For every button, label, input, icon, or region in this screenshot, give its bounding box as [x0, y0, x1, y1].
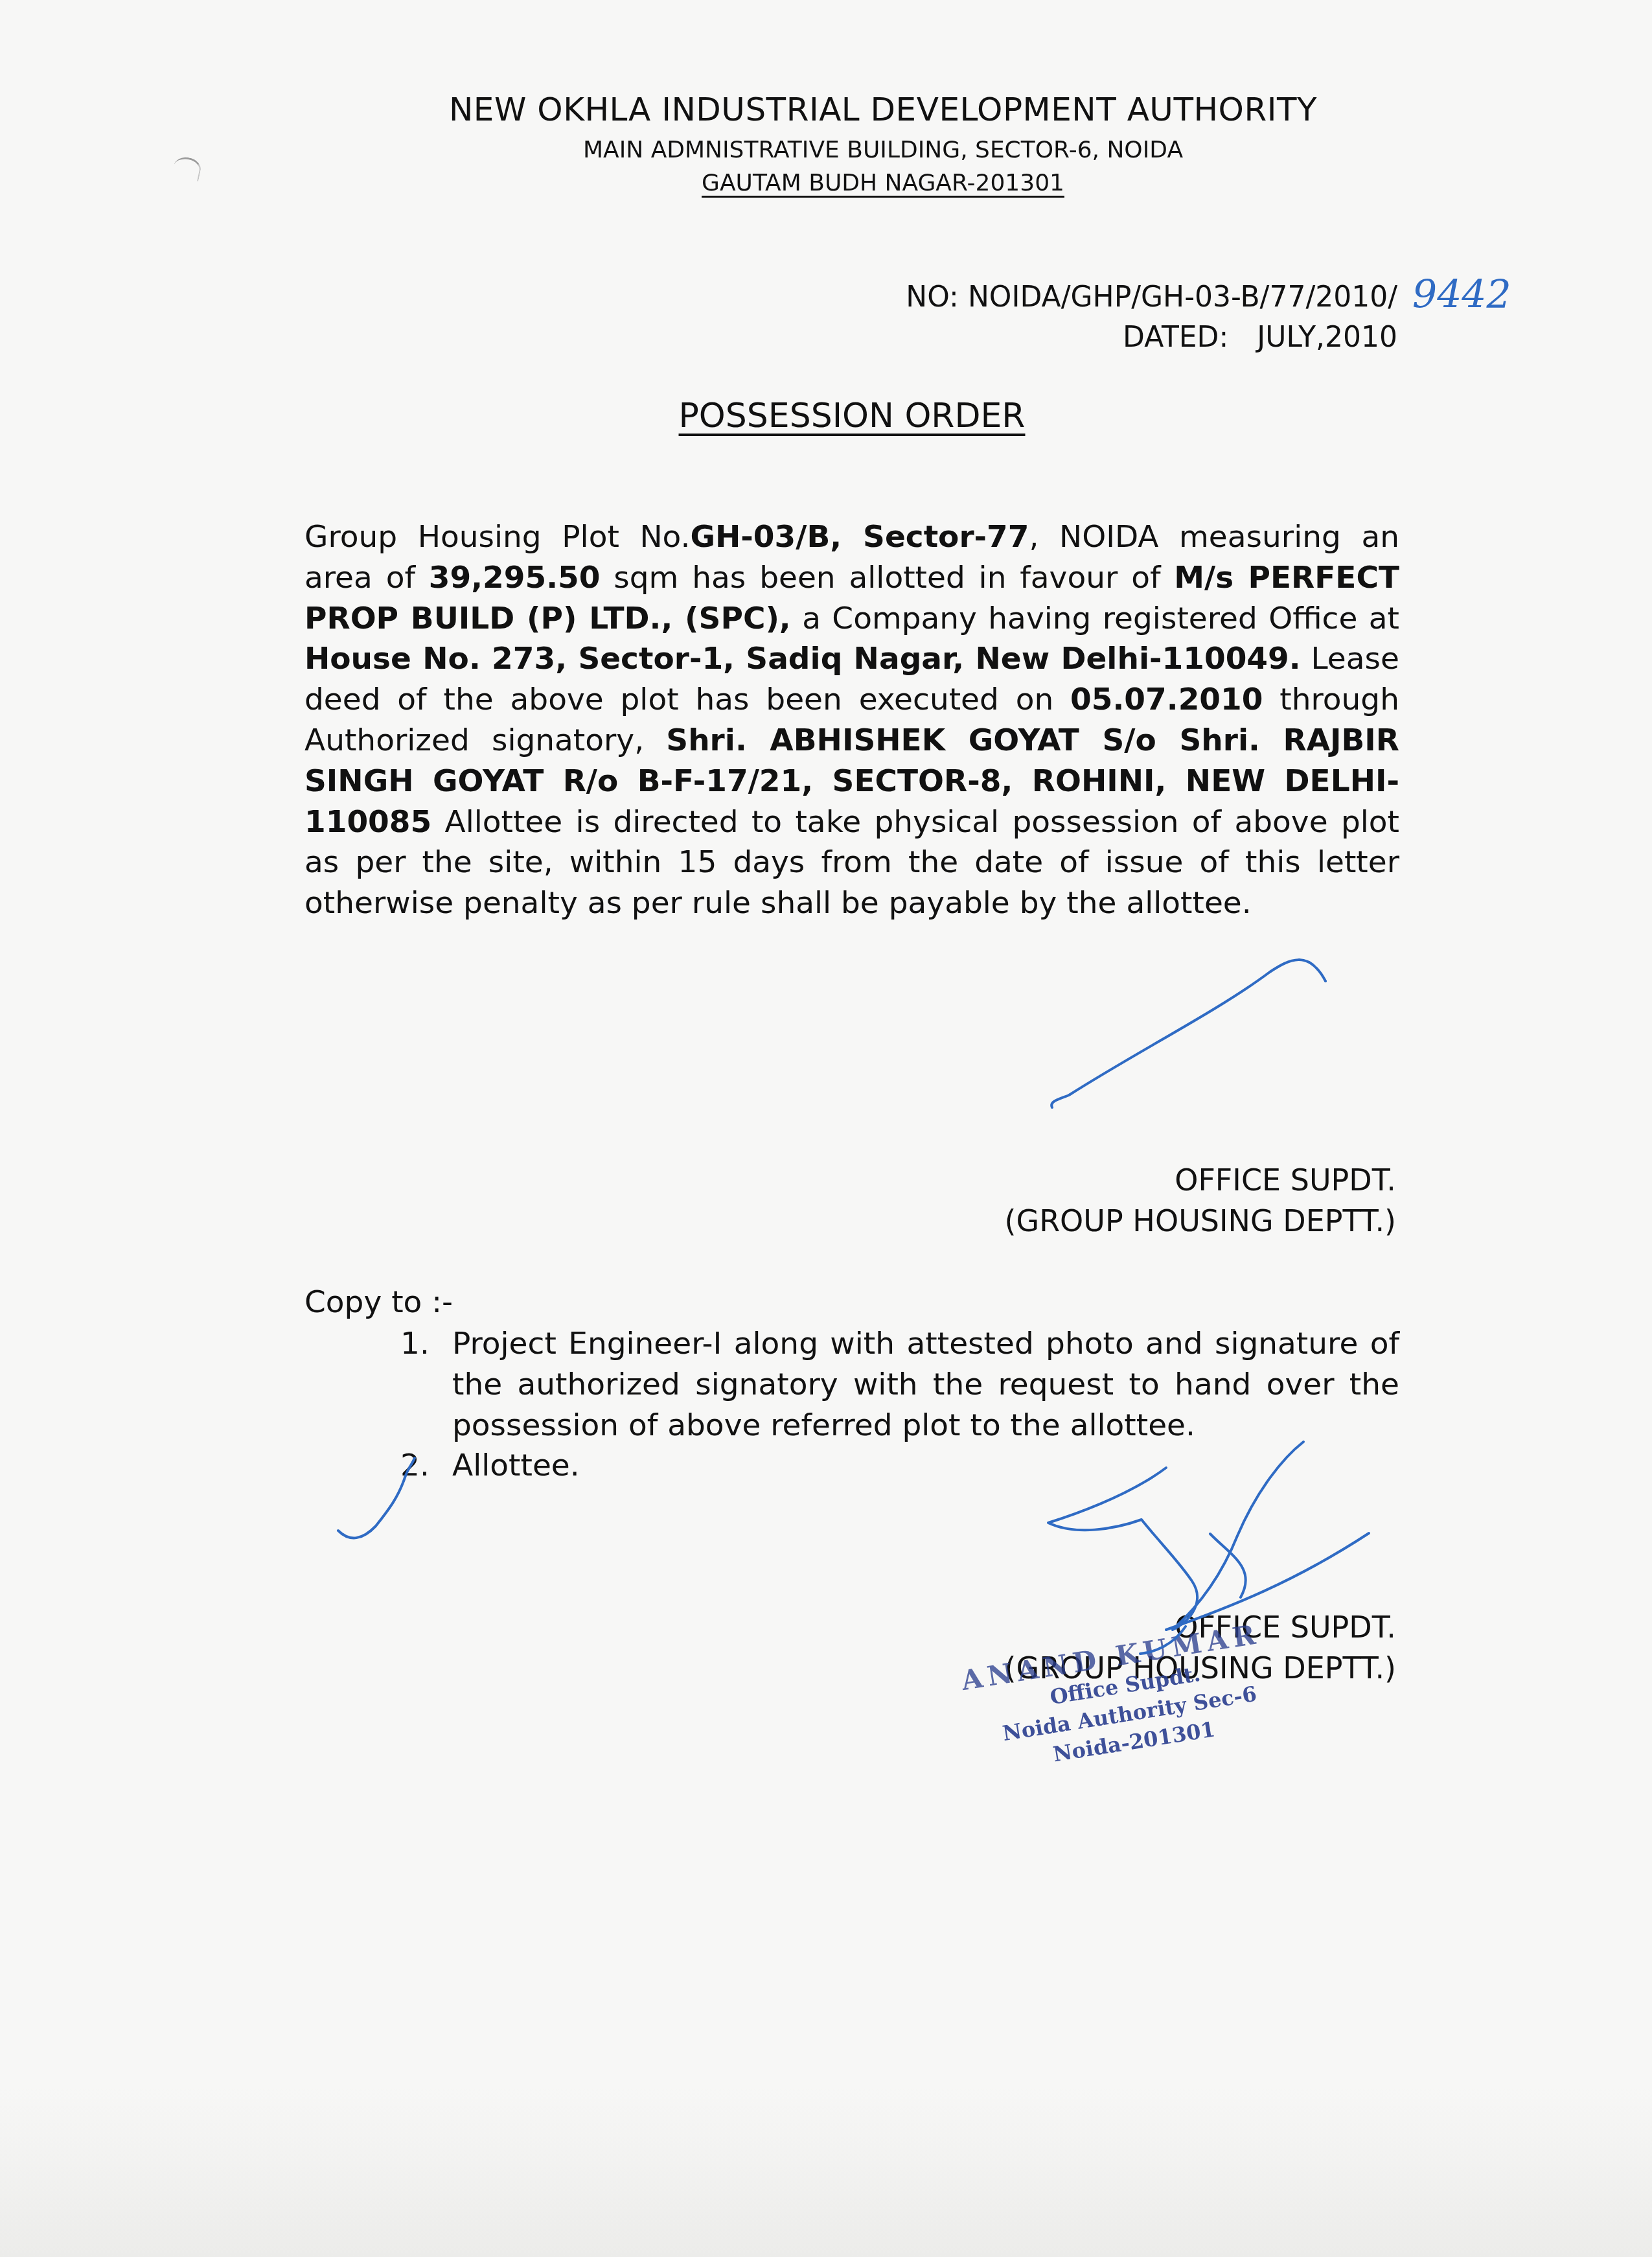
reference-date: DATED: JULY,2010	[1123, 321, 1397, 354]
organization-name: NEW OKHLA INDUSTRIAL DEVELOPMENT AUTHORI…	[57, 91, 1652, 128]
address-line-2-text: GAUTAM BUDH NAGAR-201301	[702, 170, 1064, 196]
document-title-text: POSSESSION ORDER	[679, 397, 1026, 435]
body-text: Group Housing Plot No.	[304, 519, 690, 555]
page-shadow	[0, 2089, 1652, 2257]
address-line-2: GAUTAM BUDH NAGAR-201301	[57, 170, 1652, 196]
copy-to-list: 1. Project Engineer-I along with atteste…	[400, 1324, 1399, 1487]
body-text: Allottee is directed to take physical po…	[304, 804, 1399, 921]
address-line-1: MAIN ADMNISTRATIVE BUILDING, SECTOR-6, N…	[57, 137, 1652, 163]
signature-stroke-icon	[1051, 960, 1325, 1107]
copy-item-text: Project Engineer-I along with attested p…	[452, 1326, 1399, 1443]
handwritten-dispatch-number: 9442	[1412, 272, 1511, 318]
body-emphasis: 39,295.50	[429, 560, 601, 596]
copy-to-item: 2. Allottee.	[400, 1446, 1399, 1487]
body-emphasis: House No. 273, Sector-1, Sadiq Nagar, Ne…	[304, 641, 1301, 677]
body-text: a Company having registered Office at	[791, 601, 1399, 636]
signatory-designation: OFFICE SUPDT.	[1005, 1160, 1396, 1201]
copy-item-number: 1.	[400, 1324, 430, 1365]
copy-item-number: 2.	[400, 1446, 430, 1487]
copy-item-text: Allottee.	[452, 1448, 580, 1483]
handwritten-ink-layer	[0, 0, 1652, 2257]
body-paragraph: Group Housing Plot No.GH-03/B, Sector-77…	[304, 517, 1399, 924]
signatory-department: (GROUP HOUSING DEPTT.)	[1005, 1201, 1396, 1242]
signature-block-primary: OFFICE SUPDT. (GROUP HOUSING DEPTT.)	[1005, 1160, 1396, 1242]
copy-to-label: Copy to :-	[304, 1284, 453, 1320]
body-emphasis: GH-03/B, Sector-77	[690, 519, 1029, 555]
body-text: sqm has been allotted in favour of	[600, 560, 1174, 596]
copy-to-item: 1. Project Engineer-I along with atteste…	[400, 1324, 1399, 1446]
body-emphasis: 05.07.2010	[1070, 682, 1263, 717]
dated-value: JULY,2010	[1257, 321, 1397, 354]
reference-number: NO: NOIDA/GHP/GH-03-B/77/2010/	[906, 281, 1397, 314]
dated-label: DATED:	[1123, 321, 1228, 354]
document-title: POSSESSION ORDER	[26, 397, 1652, 435]
